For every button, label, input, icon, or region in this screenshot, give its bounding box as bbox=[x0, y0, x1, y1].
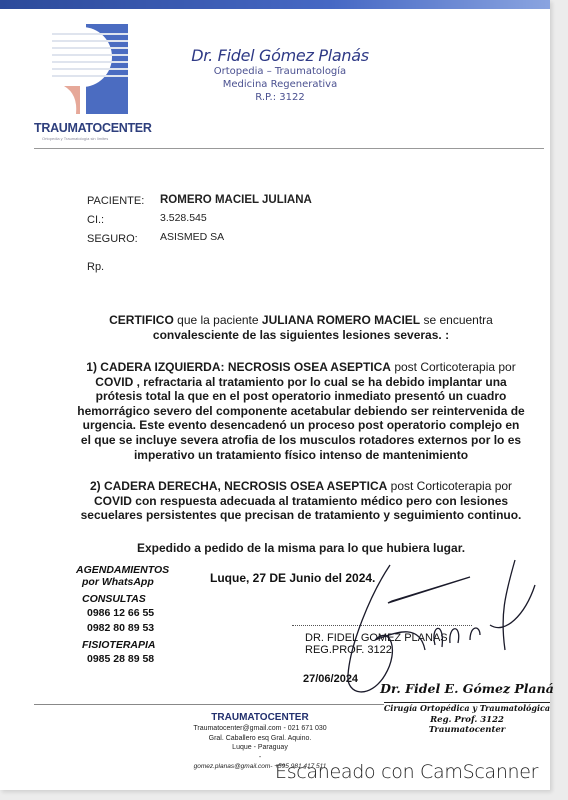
logo-text: TRAUMATOCENTER bbox=[34, 121, 144, 135]
rp-label: Rp. bbox=[87, 261, 104, 273]
diagnosis-1-detail: COVID , refractaria al tratamiento por l… bbox=[77, 375, 524, 462]
insurance-value: ASISMED SA bbox=[160, 231, 224, 243]
doctor-name: Dr. Fidel Gómez Planás bbox=[190, 46, 370, 65]
header-color-bar bbox=[0, 0, 550, 9]
contact-block: AGENDAMIENTOS por WhatsApp CONSULTAS 098… bbox=[76, 564, 186, 665]
doctor-header: Dr. Fidel Gómez Planás Ortopedia – Traum… bbox=[190, 46, 370, 104]
consultas-phone-1: 0986 12 66 55 bbox=[76, 607, 186, 619]
certificate-page: TRAUMATOCENTER Ortopedia y Traumatología… bbox=[0, 0, 550, 790]
patient-label: PACIENTE: bbox=[87, 195, 144, 207]
intro-text: que la paciente bbox=[174, 313, 262, 327]
intro-text-2: se encuentra bbox=[420, 313, 493, 327]
patient-name-inline: JULIANA ROMERO MACIEL bbox=[262, 313, 420, 327]
diagnosis-1-cause: post Corticoterapia por bbox=[391, 360, 516, 374]
insurance-label: SEGURO: bbox=[87, 233, 138, 245]
logo-icon bbox=[34, 24, 144, 120]
consultas-phone-2: 0982 80 89 53 bbox=[76, 622, 186, 634]
stamp-clinic: Traumatocenter bbox=[372, 725, 562, 735]
specialty-1: Ortopedia – Traumatología bbox=[190, 65, 370, 78]
diagnosis-2-cause: post Corticoterapia por bbox=[387, 479, 512, 493]
ci-label: CI.: bbox=[87, 214, 104, 226]
diagnosis-2-detail: COVID con respuesta adecuada al tratamie… bbox=[81, 494, 522, 523]
closing-statement: Expedido a pedido de la misma para lo qu… bbox=[76, 541, 526, 556]
camscanner-watermark: Escaneado con CamScanner bbox=[275, 761, 538, 783]
diagnosis-2: 2) CADERA DERECHA, NECROSIS OSEA ASEPTIC… bbox=[76, 479, 526, 523]
footer-city: Luque - Paraguay bbox=[170, 743, 350, 753]
specialty-2: Medicina Regenerativa bbox=[190, 78, 370, 91]
diagnosis-1: 1) CADERA IZQUIERDA: NECROSIS OSEA ASEPT… bbox=[76, 360, 526, 462]
ci-value: 3.528.545 bbox=[160, 212, 207, 224]
diagnosis-2-title: 2) CADERA DERECHA, NECROSIS OSEA ASEPTIC… bbox=[90, 479, 387, 493]
traumatocenter-logo: TRAUMATOCENTER Ortopedia y Traumatología… bbox=[34, 24, 144, 134]
footer-email-phone: Traumatocenter@gmail.com - 021 671 030 bbox=[170, 724, 350, 734]
certifico-word: CERTIFICO bbox=[109, 313, 174, 327]
fisioterapia-phone: 0985 28 89 58 bbox=[76, 653, 186, 665]
intro-line-2: convalesciente de las siguientes lesione… bbox=[153, 328, 449, 342]
footer-title: TRAUMATOCENTER bbox=[170, 712, 350, 724]
patient-name: ROMERO MACIEL JULIANA bbox=[160, 194, 312, 206]
logo-subtitle: Ortopedia y Traumatología sin límites bbox=[42, 136, 108, 141]
stamp-registration: Reg. Prof. 3122 bbox=[372, 715, 562, 725]
fisioterapia-label: FISIOTERAPIA bbox=[76, 639, 186, 651]
header-divider bbox=[34, 148, 544, 149]
consultas-label: CONSULTAS bbox=[76, 593, 186, 605]
whatsapp-subheading: por WhatsApp bbox=[76, 576, 186, 588]
scheduling-heading: AGENDAMIENTOS bbox=[76, 564, 186, 576]
diagnosis-1-title: 1) CADERA IZQUIERDA: NECROSIS OSEA ASEPT… bbox=[86, 360, 391, 374]
footer-divider bbox=[34, 704, 384, 705]
registration: R.P.: 3122 bbox=[190, 91, 370, 104]
footer-address: Gral. Caballero esq Gral. Aquino. bbox=[170, 734, 350, 744]
handwritten-signature-icon bbox=[330, 555, 560, 705]
certificate-intro: CERTIFICO que la paciente JULIANA ROMERO… bbox=[76, 313, 526, 342]
